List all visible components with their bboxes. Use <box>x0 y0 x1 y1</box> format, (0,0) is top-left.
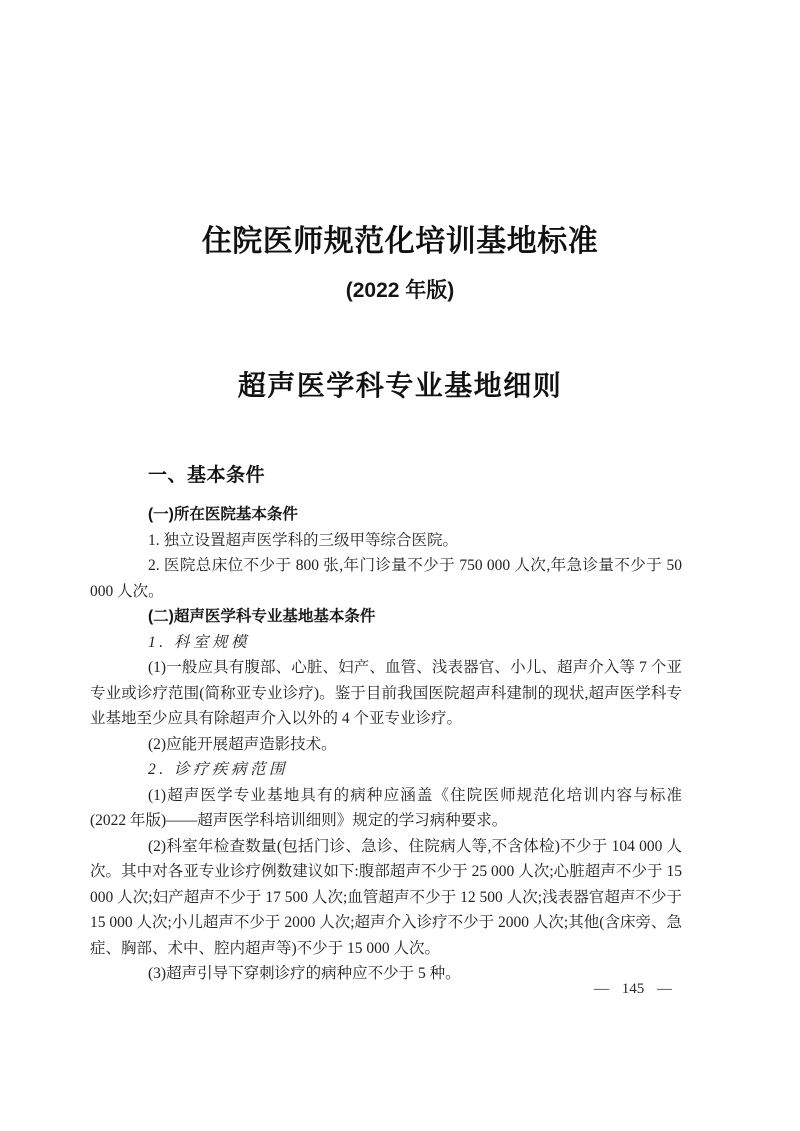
document-subtitle: 超声医学科专业基地细则 <box>0 372 800 400</box>
paragraph: 1. 科室规模 <box>90 630 682 656</box>
paragraph: (2)科室年检查数量(包括门诊、急诊、住院病人等,不含体检)不少于 104 00… <box>90 834 682 962</box>
paragraph: (一)所在医院基本条件 <box>90 502 682 528</box>
paragraph: 2. 诊疗疾病范围 <box>90 757 682 783</box>
document-edition: (2022 年版) <box>0 279 800 302</box>
paragraph: (二)超声医学科专业基地基本条件 <box>90 604 682 630</box>
paragraph-list: (一)所在医院基本条件 1. 独立设置超声医学科的三级甲等综合医院。 2. 医院… <box>90 502 682 987</box>
paragraph: (1)一般应具有腹部、心脏、妇产、血管、浅表器官、小儿、超声介入等 7 个亚专业… <box>90 655 682 732</box>
paragraph: 1. 独立设置超声医学科的三级甲等综合医院。 <box>90 528 682 554</box>
paragraph: (2)应能开展超声造影技术。 <box>90 732 682 758</box>
document-body: 一、基本条件 (一)所在医院基本条件 1. 独立设置超声医学科的三级甲等综合医院… <box>90 466 682 987</box>
section-heading: 一、基本条件 <box>148 466 682 485</box>
document-title: 住院医师规范化培训基地标准 <box>0 227 800 257</box>
page-number: — 145 — <box>594 982 672 997</box>
paragraph: (1)超声医学专业基地具有的病种应涵盖《住院医师规范化培训内容与标准(2022 … <box>90 783 682 834</box>
document-page: 住院医师规范化培训基地标准 (2022 年版) 超声医学科专业基地细则 一、基本… <box>0 0 800 1131</box>
paragraph: 2. 医院总床位不少于 800 张,年门诊量不少于 750 000 人次,年急诊… <box>90 553 682 604</box>
